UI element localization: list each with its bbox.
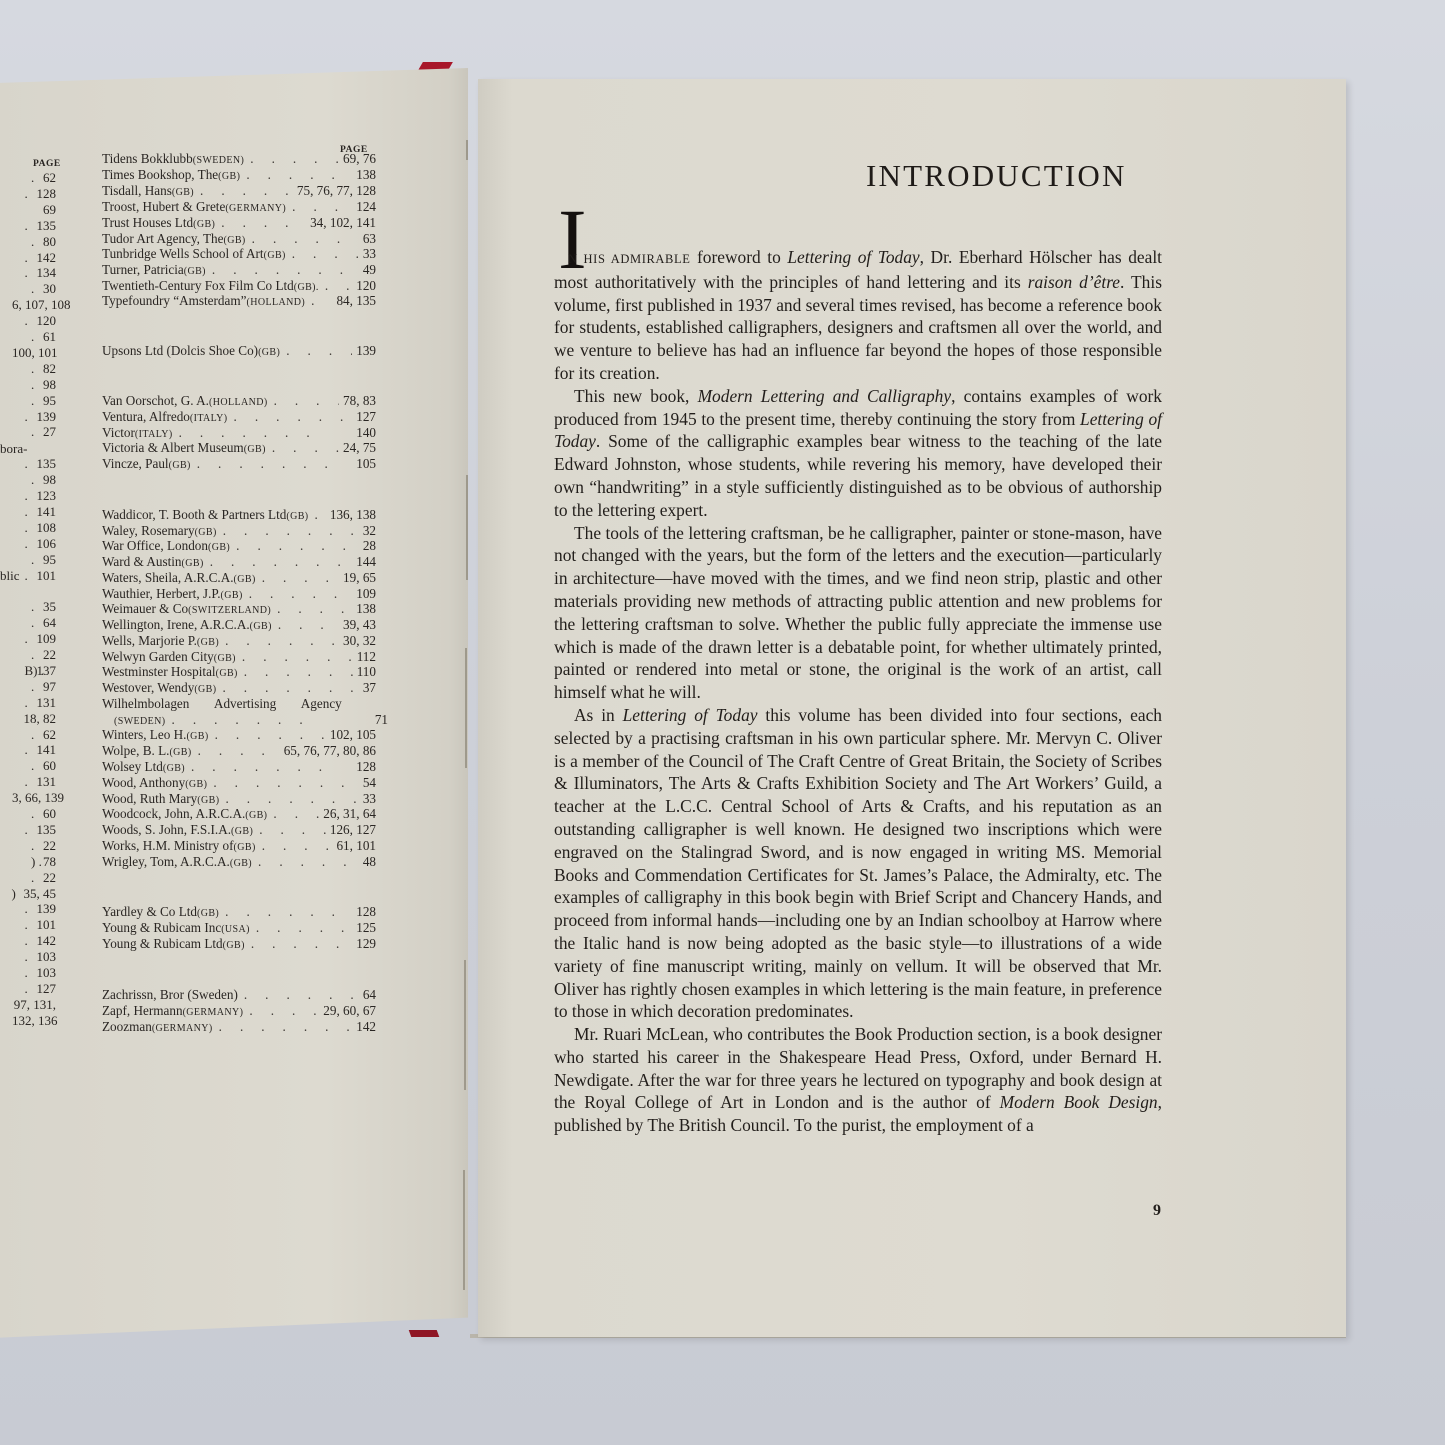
page-refs: 103 — [37, 965, 57, 980]
entry-name: Wellington, Irene, A.R.C.A. — [102, 617, 250, 633]
index-entry: Typefoundry “Amsterdam” (HOLLAND).......… — [102, 293, 376, 309]
cut-index-row: .64 — [0, 615, 56, 631]
leader-dot: . — [25, 981, 37, 997]
page-refs: 35, 45 — [24, 886, 57, 901]
entry-pages: 75, 76, 77, 128 — [293, 183, 376, 199]
cut-index-row: .98 — [0, 472, 56, 488]
cut-index-row: )35, 45 — [0, 886, 56, 902]
leader-dot: . — [25, 218, 37, 234]
leader-dot: . — [31, 472, 43, 488]
text-run: As in — [574, 705, 623, 725]
leader-dot: . — [25, 933, 37, 949]
entry-country: (GB) — [169, 458, 191, 474]
cut-index-row: .97 — [0, 679, 56, 695]
leader-dots: ....... — [305, 293, 332, 309]
entry-name: Zoozman — [102, 1019, 152, 1035]
small-caps-lead: n his admirable — [568, 252, 690, 266]
entry-name: Works, H.M. Ministry of — [102, 838, 234, 854]
book-title-italic: Modern Lettering and Calligraphy — [698, 386, 952, 406]
index-entry: Waters, Sheila, A.R.C.A. (GB).......19, … — [102, 570, 376, 586]
leader-dots: ....... — [194, 183, 293, 199]
leader-dots: ....... — [244, 151, 339, 167]
leader-dots: ....... — [216, 680, 358, 696]
entry-pages: 142 — [352, 1019, 376, 1035]
page-refs: 135 — [37, 218, 57, 233]
entry-name: Zachrissn, Bror (Sweden) — [102, 987, 238, 1003]
leader-dot: . — [31, 599, 43, 615]
leader-dot: . — [25, 695, 37, 711]
page-refs: 30 — [43, 281, 56, 296]
index-entry: Yardley & Co Ltd (GB).......128 — [102, 904, 376, 920]
page-refs: 142 — [37, 250, 57, 265]
leader-dot: . — [31, 679, 43, 695]
index-entry: Wolsey Ltd (GB).......128 — [102, 759, 376, 775]
index-entry: Tisdall, Hans (GB).......75, 76, 77, 128 — [102, 183, 376, 199]
index-entry: Waley, Rosemary (GB).......32 — [102, 523, 376, 539]
leader-dots: ....... — [271, 601, 352, 617]
cut-index-row: 100, 101 — [0, 345, 56, 361]
page-refs: 78 — [43, 854, 56, 869]
text-run: foreword to — [690, 247, 787, 267]
cut-index-row: .62 — [0, 727, 56, 743]
leader-dot: . — [25, 965, 37, 981]
entry-name: Times Bookshop, The — [102, 167, 218, 183]
entry-pages: 48 — [359, 854, 376, 870]
entry-pages: 126, 127 — [326, 822, 376, 838]
page-refs: 18, 82 — [24, 711, 57, 726]
leader-dot: . — [25, 949, 37, 965]
index-entry: Wood, Anthony (GB).......54 — [102, 775, 376, 791]
entry-name: Yardley & Co Ltd — [102, 904, 197, 920]
entry-pages: 129 — [352, 936, 376, 952]
paragraph-1: n his admirable foreword to Lettering of… — [554, 246, 1162, 385]
entry-pages: 109 — [352, 586, 376, 602]
page-refs: 98 — [43, 472, 56, 487]
page-refs: 108 — [37, 520, 57, 535]
cut-index-row: .106 — [0, 536, 56, 552]
page-refs: 62 — [43, 170, 56, 185]
cut-index-row: .127 — [0, 981, 56, 997]
leader-dot: . — [31, 170, 43, 186]
index-entry: Wells, Marjorie P. (GB).......30, 32 — [102, 633, 376, 649]
entry-name: Young & Rubicam Inc — [102, 920, 221, 936]
entry-name: Woods, S. John, F.S.I.A. — [102, 822, 231, 838]
leader-dots: ....... — [213, 1019, 353, 1035]
index-entry: Young & Rubicam Inc (USA).......125 — [102, 920, 376, 936]
entry-name: Waddicor, T. Booth & Partners Ltd — [102, 507, 286, 523]
page-refs: 61 — [43, 329, 56, 344]
entry-pages: 139 — [352, 343, 376, 359]
entry-pages: 65, 76, 77, 80, 86 — [280, 743, 376, 759]
leader-dots: ....... — [240, 167, 352, 183]
leader-dots: ....... — [215, 215, 306, 231]
cut-index-row: .60 — [0, 758, 56, 774]
cut-index-row: .128 — [0, 186, 56, 202]
page-refs: 139 — [37, 901, 57, 916]
gutter-thread — [464, 960, 466, 1090]
leader-dots: ....... — [166, 712, 371, 728]
entry-pages: 124 — [352, 199, 376, 215]
leader-dot: . — [25, 631, 37, 647]
entry-name: Wells, Marjorie P. — [102, 633, 197, 649]
entry-pages: 24, 75 — [339, 440, 376, 456]
index-entry: Zoozman (GERMANY).......142 — [102, 1019, 376, 1035]
leader-dots: ....... — [256, 570, 339, 586]
index-entry: Zapf, Hermann (GERMANY).......29, 60, 67 — [102, 1003, 376, 1019]
entry-pages: 30, 32 — [339, 633, 376, 649]
leader-dots: ....... — [191, 456, 352, 472]
index-entry: Twentieth-Century Fox Film Co Ltd (GB)..… — [102, 278, 376, 294]
index-entry: Tidens Bokklubb (SWEDEN).......69, 76 — [102, 151, 376, 167]
cut-index-row: .139 — [0, 409, 56, 425]
entry-pages: 26, 31, 64 — [319, 806, 376, 822]
entry-pages: 61, 101 — [332, 838, 376, 854]
entry-name: War Office, London — [102, 538, 208, 554]
leader-dots: ....... — [243, 586, 353, 602]
entry-name: Woodcock, John, A.R.C.A. — [102, 806, 245, 822]
entry-name: Tunbridge Wells School of Art — [102, 246, 264, 262]
page-refs: 6, 107, 108 — [12, 297, 71, 312]
page-refs: 142 — [37, 933, 57, 948]
entry-name: Victoria & Albert Museum — [102, 440, 244, 456]
cut-index-row: .30 — [0, 281, 56, 297]
cut-index-row: .95 — [0, 393, 56, 409]
leader-dot: . — [31, 727, 43, 743]
page-refs: 82 — [43, 361, 56, 376]
entry-name: Tudor Art Agency, The — [102, 231, 224, 247]
entry-pages: 32 — [359, 523, 376, 539]
cut-index-row: .131 — [0, 695, 56, 711]
leader-dots: ....... — [319, 278, 352, 294]
page-refs: 103 — [37, 949, 57, 964]
leader-dots: ....... — [243, 1003, 319, 1019]
leader-dots: ....... — [280, 343, 352, 359]
entry-name: Wilhelmbolagen Advertising Agency — [102, 696, 342, 712]
leader-dot: . — [25, 504, 37, 520]
leader-dot: . — [25, 313, 37, 329]
leader-dot: . — [31, 281, 43, 297]
paragraph-5: Mr. Ruari McLean, who contributes the Bo… — [554, 1023, 1162, 1137]
entry-name: Westover, Wendy — [102, 680, 194, 696]
page-refs: 97, 131, — [14, 997, 56, 1012]
book-title-italic: Lettering of Today — [787, 247, 919, 267]
page-refs: 132, 136 — [12, 1013, 58, 1028]
index-entry: Woodcock, John, A.R.C.A. (GB).......26, … — [102, 806, 376, 822]
entry-pages: 78, 83 — [339, 393, 376, 409]
page-refs: 95 — [43, 552, 56, 567]
index-entry: Wrigley, Tom, A.R.C.A. (GB).......48 — [102, 854, 376, 870]
cut-index-row: .35 — [0, 599, 56, 615]
leader-dots: ....... — [286, 246, 359, 262]
cut-index-row: 97, 131, — [0, 997, 56, 1013]
leader-dot: . — [31, 393, 43, 409]
leader-dots: ....... — [272, 617, 339, 633]
page-refs: 120 — [37, 313, 57, 328]
index-entry: Ventura, Alfredo (ITALY).......127 — [102, 409, 376, 425]
index-entry: Zachrissn, Bror (Sweden) .......64 — [102, 987, 376, 1003]
page-refs: 80 — [43, 234, 56, 249]
leader-dots: ....... — [238, 664, 353, 680]
leader-dots: ....... — [204, 554, 353, 570]
leader-dot: . — [25, 774, 37, 790]
leader-dots: ....... — [246, 231, 359, 247]
leader-dot: . — [31, 424, 43, 440]
cut-index-row: .142 — [0, 250, 56, 266]
page-refs: 131 — [37, 774, 57, 789]
leader-dots: ....... — [219, 791, 358, 807]
entry-pages: 19, 65 — [339, 570, 376, 586]
entry-name: Wrigley, Tom, A.R.C.A. — [102, 854, 230, 870]
index-entry: Vincze, Paul (GB).......105 — [102, 456, 376, 472]
leader-dots: ....... — [238, 987, 359, 1003]
entry-pages: 33 — [359, 791, 376, 807]
leader-dot: . — [25, 488, 37, 504]
leader-dot: . — [31, 234, 43, 250]
leader-dots: ....... — [219, 904, 352, 920]
leader-dot: . — [25, 186, 37, 202]
index-entry: Wauthier, Herbert, J.P. (GB).......109 — [102, 586, 376, 602]
cut-text-fragment: blic — [0, 568, 20, 584]
page-refs: 123 — [37, 488, 57, 503]
cut-index-row: .27 — [0, 424, 56, 440]
cut-index-row: .101 — [0, 917, 56, 933]
index-entry: Woods, S. John, F.S.I.A. (GB).......126,… — [102, 822, 376, 838]
page-refs: 64 — [43, 615, 56, 630]
index-entry: Victor (ITALY).......140 — [102, 425, 376, 441]
page-refs: 60 — [43, 806, 56, 821]
leader-dot: . — [31, 329, 43, 345]
entry-name: Tidens Bokklubb — [102, 151, 193, 167]
page-refs: 27 — [43, 424, 56, 439]
cut-index-row: 6, 107, 108 — [0, 297, 56, 313]
page-refs: 101 — [37, 917, 57, 932]
leader-dot: . — [25, 456, 37, 472]
leader-dots: ....... — [250, 920, 352, 936]
entry-pages: 63 — [359, 231, 376, 247]
index-entry: Van Oorschot, G. A. (HOLLAND).......78, … — [102, 393, 376, 409]
entry-pages: 120 — [352, 278, 376, 294]
leader-dots: ....... — [173, 425, 353, 441]
cut-index-row: .141 — [0, 504, 56, 520]
cut-index-row: 69 — [0, 202, 56, 218]
leader-dots: ....... — [185, 759, 352, 775]
leader-dot: B) . — [25, 663, 37, 679]
leader-dot: . — [31, 647, 43, 663]
index-entry: War Office, London (GB).......28 — [102, 538, 376, 554]
index-entry: Westminster Hospital (GB).......110 — [102, 664, 376, 680]
entry-pages: 127 — [352, 409, 376, 425]
page-refs: 98 — [43, 377, 56, 392]
cut-index-row: .109 — [0, 631, 56, 647]
cut-index-row: .98 — [0, 377, 56, 393]
entry-name: Young & Rubicam Ltd — [102, 936, 223, 952]
entry-name: Tisdall, Hans — [102, 183, 172, 199]
index-entry: Waddicor, T. Booth & Partners Ltd (GB)..… — [102, 507, 376, 523]
gutter-thread — [463, 1170, 465, 1290]
entry-name: Van Oorschot, G. A. — [102, 393, 209, 409]
leader-dots: ....... — [206, 262, 359, 278]
cut-index-row: .142 — [0, 933, 56, 949]
cut-index-row: .22 — [0, 838, 56, 854]
page-refs: 97 — [43, 679, 56, 694]
leader-dots: ....... — [253, 822, 326, 838]
entry-pages: 49 — [359, 262, 376, 278]
book-title-italic: Modern Book Design — [1000, 1092, 1158, 1112]
index-entry: Wilhelmbolagen Advertising Agency — [102, 696, 376, 712]
leader-dot: . — [31, 758, 43, 774]
entry-pages: 54 — [359, 775, 376, 791]
entry-country: (HOLLAND) — [246, 295, 305, 311]
entry-name: Upsons Ltd (Dolcis Shoe Co) — [102, 343, 258, 359]
index-entry: (SWEDEN).......71 — [102, 712, 388, 728]
entry-name: Weimauer & Co — [102, 601, 188, 617]
page-refs: 131 — [37, 695, 57, 710]
entry-pages: 140 — [352, 425, 376, 441]
page-column-header-cut: PAGE — [33, 159, 61, 169]
leader-dot: ) — [12, 886, 24, 902]
leader-dot: . — [31, 377, 43, 393]
page-refs: 22 — [43, 647, 56, 662]
entry-pages: 37 — [359, 680, 376, 696]
cut-index-row: .131 — [0, 774, 56, 790]
leader-dots: ....... — [219, 633, 339, 649]
entry-pages: 29, 60, 67 — [319, 1003, 376, 1019]
cut-index-row: .60 — [0, 806, 56, 822]
cut-index-row: .62 — [0, 170, 56, 186]
italic-phrase: raison d’être — [1028, 272, 1120, 292]
gutter-thread — [465, 648, 467, 768]
cut-index-row: .82 — [0, 361, 56, 377]
entry-name: Vincze, Paul — [102, 456, 169, 472]
entry-name: Wolsey Ltd — [102, 759, 163, 775]
leader-dot: . — [31, 361, 43, 377]
leader-dot: . — [25, 568, 37, 584]
page-refs: 60 — [43, 758, 56, 773]
page-refs: 127 — [37, 981, 57, 996]
index-entry: Trust Houses Ltd (GB).......34, 102, 141 — [102, 215, 376, 231]
index-entry: Wellington, Irene, A.R.C.A. (GB).......3… — [102, 617, 376, 633]
leader-dot: . — [25, 250, 37, 266]
leader-dot: . — [31, 838, 43, 854]
entry-pages: 39, 43 — [339, 617, 376, 633]
index-entry: Works, H.M. Ministry of (GB).......61, 1… — [102, 838, 376, 854]
leader-dots: ....... — [268, 393, 339, 409]
entry-pages: 125 — [352, 920, 376, 936]
leader-dots: ....... — [236, 649, 353, 665]
cut-index-row: .80 — [0, 234, 56, 250]
entry-pages: 128 — [352, 759, 376, 775]
entry-name: Winters, Leo H. — [102, 727, 186, 743]
entry-pages: 102, 105 — [326, 727, 376, 743]
index-entry: Turner, Patricia (GB).......49 — [102, 262, 376, 278]
leader-dots: ....... — [228, 409, 353, 425]
entry-name: Victor — [102, 425, 135, 441]
text-run: this volume has been divided into four s… — [554, 705, 1162, 1021]
leader-dots: ....... — [267, 806, 319, 822]
entry-pages: 112 — [353, 649, 376, 665]
index-entry: Victoria & Albert Museum (GB).......24, … — [102, 440, 376, 456]
leader-dots: ....... — [230, 538, 359, 554]
paragraph-3: The tools of the lettering craftsman, be… — [554, 522, 1162, 704]
cut-index-row: .123 — [0, 488, 56, 504]
leader-dots: ....... — [209, 727, 326, 743]
entry-country: (GERMANY) — [152, 1021, 213, 1037]
entry-pages: 33 — [359, 246, 376, 262]
entry-country: (GB) — [230, 856, 252, 872]
page-refs: 135 — [37, 456, 57, 471]
gutter-thread — [466, 475, 468, 580]
page-refs: 141 — [37, 742, 57, 757]
leader-dot: . — [31, 552, 43, 568]
page-refs: 106 — [37, 536, 57, 551]
index-entry: Tunbridge Wells School of Art (GB)......… — [102, 246, 376, 262]
book-cover-edge-bottom — [409, 1330, 440, 1337]
page-refs: 22 — [43, 838, 56, 853]
leader-dot: . — [25, 901, 37, 917]
entry-name: Wood, Anthony — [102, 775, 185, 791]
entry-name: Twentieth-Century Fox Film Co Ltd — [102, 278, 294, 294]
page-refs: 95 — [43, 393, 56, 408]
leader-dots: ....... — [256, 838, 333, 854]
cut-index-row: .95 — [0, 552, 56, 568]
page-refs: 62 — [43, 727, 56, 742]
entry-pages: 34, 102, 141 — [306, 215, 376, 231]
cut-index-row: ) .78 — [0, 854, 56, 870]
page-refs: 141 — [37, 504, 57, 519]
entry-name: Waley, Rosemary — [102, 523, 195, 539]
leader-dot: . — [25, 265, 37, 281]
entry-name: Ventura, Alfredo — [102, 409, 190, 425]
page-refs: 137 — [37, 663, 57, 678]
entry-name: Waters, Sheila, A.R.C.A. — [102, 570, 234, 586]
cut-index-row: .108 — [0, 520, 56, 536]
entry-country: (GB) — [223, 938, 245, 954]
entry-name: Zapf, Hermann — [102, 1003, 183, 1019]
index-entry: Weimauer & Co (SWITZERLAND).......138 — [102, 601, 376, 617]
index-entry: Wood, Ruth Mary (GB).......33 — [102, 791, 376, 807]
page-refs: 139 — [37, 409, 57, 424]
entry-name: Trust Houses Ltd — [102, 215, 193, 231]
cut-index-row: .135 — [0, 822, 56, 838]
cut-index-row: 18, 82 — [0, 711, 56, 727]
index-entry: Upsons Ltd (Dolcis Shoe Co) (GB).......1… — [102, 343, 376, 359]
page-number: 9 — [1153, 1202, 1161, 1220]
entry-name: Ward & Austin — [102, 554, 182, 570]
leader-dot: . — [31, 615, 43, 631]
entry-pages: 69, 76 — [339, 151, 376, 167]
page-refs: 134 — [37, 265, 57, 280]
entry-pages: 71 — [371, 712, 388, 728]
leader-dots: ....... — [192, 743, 280, 759]
page-refs: 128 — [37, 186, 57, 201]
leader-dot: . — [25, 536, 37, 552]
index-entry: Times Bookshop, The (GB).......138 — [102, 167, 376, 183]
leader-dots: ....... — [245, 936, 352, 952]
leader-dots: ....... — [252, 854, 359, 870]
leader-dot: . — [31, 806, 43, 822]
leader-dot: ) . — [31, 854, 43, 870]
entry-name: Troost, Hubert & Grete — [102, 199, 225, 215]
page-refs: 69 — [43, 202, 56, 217]
leader-dots: ....... — [309, 507, 326, 523]
entry-name: Wood, Ruth Mary — [102, 791, 197, 807]
index-entry: Wolpe, B. L. (GB).......65, 76, 77, 80, … — [102, 743, 376, 759]
page-refs: 135 — [37, 822, 57, 837]
page-title: INTRODUCTION — [866, 158, 1127, 194]
index-entry: Westover, Wendy (GB).......37 — [102, 680, 376, 696]
entry-pages: 144 — [352, 554, 376, 570]
cut-text-fragment: bora- — [0, 441, 27, 457]
